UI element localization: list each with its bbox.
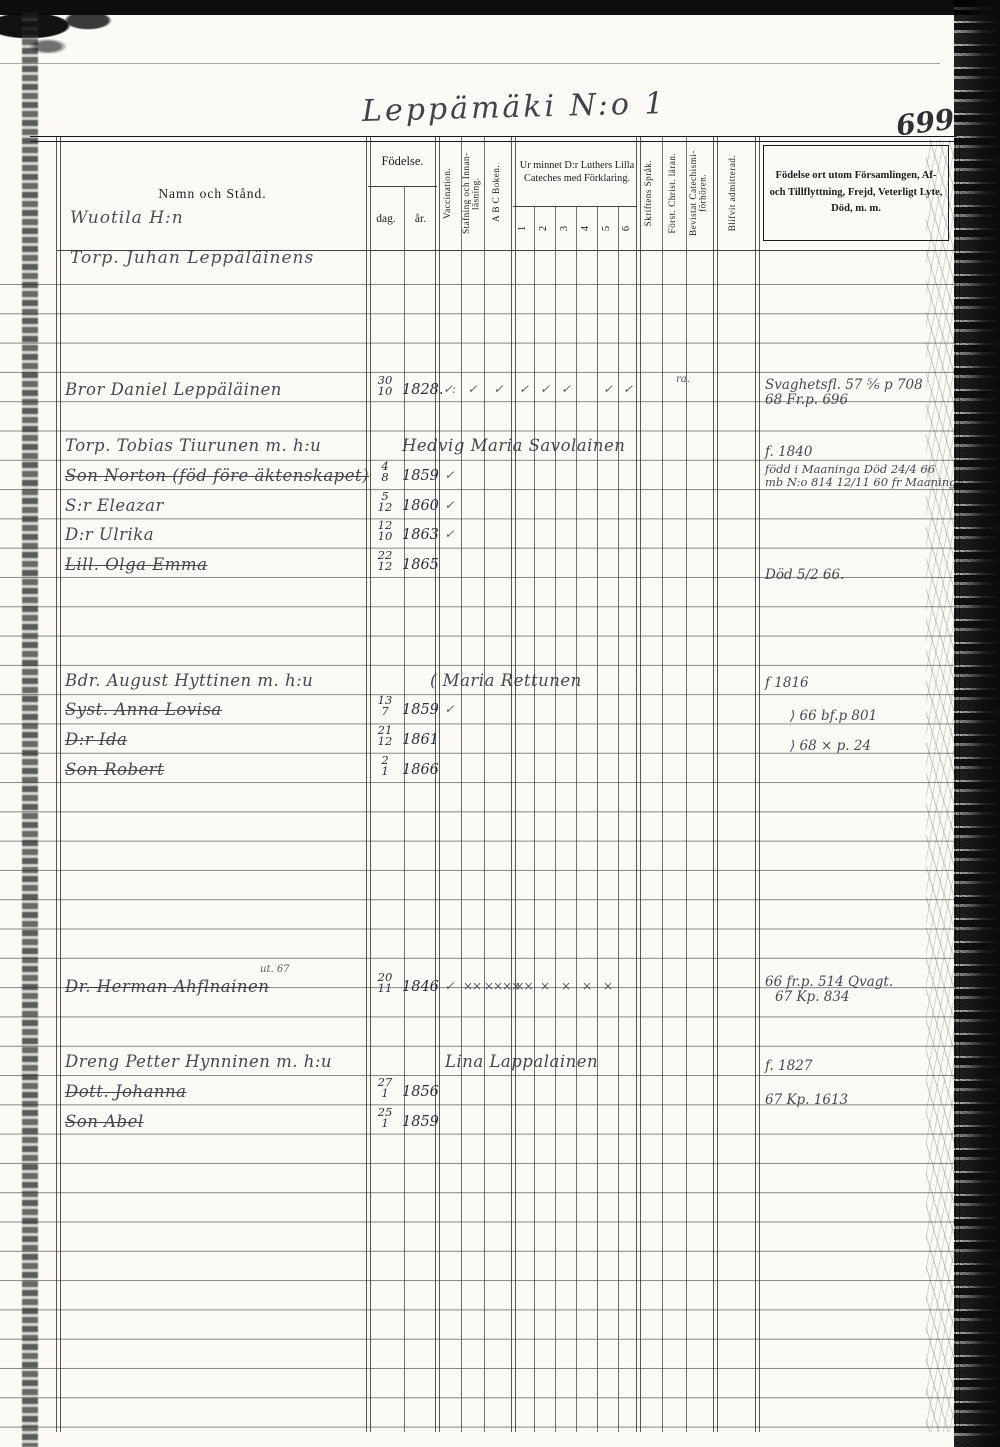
person-name: Syst. Anna Lovisa	[65, 700, 222, 719]
birth-day: 2212	[366, 550, 404, 571]
person-name: Dr. Herman Ahflnainen	[65, 977, 269, 996]
birth-day: 48	[366, 461, 404, 482]
table-row: D:r Ida 2112 1861 ⟩ 68 × p. 24	[0, 730, 1000, 760]
catechism-mark: ✓	[534, 382, 555, 396]
birth-year: 1859	[402, 1114, 442, 1130]
table-row: Son Robert 21 1866	[0, 760, 1000, 790]
table-row: Syst. Anna Lovisa 137 1859 ✓ ⟩ 66 bf.p 8…	[0, 700, 1000, 730]
vaccination-mark: ✓	[438, 702, 460, 716]
catechism-mark: ×	[576, 979, 597, 993]
catechism-col-6: 6	[617, 207, 637, 250]
person-name: Son Norton (föd före äktenskapet)	[65, 466, 369, 485]
table-row: Dreng Petter Hynninen m. h:u Lina Lappal…	[0, 1052, 1000, 1082]
person-name: Dreng Petter Hynninen m. h:u	[65, 1052, 332, 1071]
birth-year: 1866	[402, 762, 442, 778]
column-header-birth: Födelse.	[368, 137, 437, 186]
household-head: Torp. Juhan Leppäläinens	[70, 248, 314, 268]
table-row: Son Abel 251 1859	[0, 1112, 1000, 1142]
person-name: Dott. Johanna	[65, 1082, 187, 1101]
catechism-col-5: 5	[597, 207, 617, 250]
column-header-catechism: Ur minnet D:r Luthers Lilla Cateches med…	[513, 138, 641, 206]
person-name: Son Abel	[65, 1112, 144, 1131]
table-row: Dr. Herman Ahflnainen ut. 67 2011 1846 ✓…	[0, 977, 1000, 1007]
birth-day: 271	[366, 1077, 404, 1098]
table-row: Bdr. August Hyttinen m. h:u ( Maria Rett…	[0, 671, 1000, 701]
page-title: Leppämäki N:o 1	[362, 86, 667, 129]
table-row: Lill. Olga Emma 2212 1865 Död 5/2 66.	[0, 555, 1000, 585]
document-page: Leppämäki N:o 1 699 Namn och Stånd. Föde…	[0, 0, 1000, 1447]
table-row: D:r Ulrika 1210 1863 ✓	[0, 525, 1000, 555]
abc-mark: ××××	[484, 979, 512, 993]
column-header-notes: Födelse ort utom Församlingen, Af- och T…	[763, 145, 949, 241]
birth-day: 2112	[366, 725, 404, 746]
abc-mark: ✓	[484, 382, 512, 396]
person-name: Bdr. August Hyttinen m. h:u	[65, 671, 313, 690]
annotation: ra.	[676, 374, 690, 385]
catechism-col-4: 4	[576, 207, 596, 250]
column-header-scripture: Skriftens Språk.	[637, 139, 662, 248]
birth-year: 1859	[402, 702, 442, 718]
vaccination-mark: ✓:	[438, 382, 460, 396]
birth-day: 2011	[366, 972, 404, 993]
column-header-christianity: Först. Christ. läran.	[662, 139, 686, 248]
column-header-admitted: Blifvit admitterad.	[713, 139, 755, 248]
spouse-name: Hedvig Maria Savolainen	[402, 436, 625, 455]
column-header-abc: A B C Boken.	[484, 139, 512, 248]
person-name: Torp. Tobias Tiurunen m. h:u	[65, 436, 321, 455]
catechism-mark: ×	[534, 979, 555, 993]
column-header-vaccination: Vaccination.	[437, 139, 461, 248]
table-row: Dott. Johanna 271 1856 67 Kp. 1613	[0, 1082, 1000, 1112]
catechism-mark: ✓	[597, 382, 618, 396]
birth-day: 512	[366, 491, 404, 512]
birth-year: 1828.	[402, 382, 442, 398]
annotation: ut. 67	[260, 964, 290, 975]
birth-day: 1210	[366, 520, 404, 541]
column-header-day: dag.	[368, 187, 404, 250]
scan-smudge	[926, 140, 956, 1432]
column-header-spelling: Stafning och Innan-läsning.	[461, 139, 484, 248]
person-name: Lill. Olga Emma	[65, 555, 207, 574]
person-name: Bror Daniel Leppäläinen	[65, 380, 282, 399]
catechism-col-2: 2	[534, 207, 554, 250]
column-header-year: år.	[404, 187, 437, 250]
scan-edge-band	[954, 0, 1000, 1447]
birth-year: 1859	[402, 468, 442, 484]
birth-day: 137	[366, 695, 404, 716]
catechism-mark: ✓	[618, 382, 637, 396]
birth-year: 1846	[402, 979, 442, 995]
table-row: S:r Eleazar 512 1860 ✓	[0, 496, 1000, 526]
birth-year: 1865	[402, 557, 442, 573]
catechism-col-3: 3	[555, 207, 575, 250]
vaccination-mark: ✓	[438, 468, 460, 482]
vaccination-mark: ✓	[438, 979, 460, 993]
catechism-mark: ×	[555, 979, 576, 993]
col-border	[404, 187, 405, 1432]
catechism-mark: ✓	[513, 382, 534, 396]
birth-day: 3010	[366, 375, 404, 396]
catechism-mark: ××	[513, 979, 534, 993]
spouse-name: ( Maria Rettunen	[430, 671, 582, 690]
vaccination-mark: ✓	[438, 527, 460, 541]
column-header-attended: Bevistat Catechismi-förhören.	[686, 139, 713, 248]
spelling-mark: ✓	[461, 382, 483, 396]
birth-day: 251	[366, 1107, 404, 1128]
table-row: Son Norton (föd före äktenskapet) 48 185…	[0, 466, 1000, 496]
spelling-mark: ××	[461, 979, 483, 993]
farm-name: Wuotila H:n	[70, 208, 184, 228]
column-header-name: Namn och Stånd.	[57, 137, 368, 250]
catechism-mark: ×	[597, 979, 618, 993]
spouse-name: Lina Lappalainen	[445, 1052, 598, 1071]
catechism-col-1: 1	[513, 207, 533, 250]
birth-year: 1861	[402, 732, 442, 748]
margin-rule	[0, 63, 940, 64]
catechism-mark: ✓	[555, 382, 576, 396]
person-name: Son Robert	[65, 760, 164, 779]
vaccination-mark: ✓	[438, 498, 460, 512]
person-name: D:r Ida	[65, 730, 127, 749]
birth-year: 1863	[402, 527, 442, 543]
birth-year: 1856	[402, 1084, 442, 1100]
birth-year: 1860	[402, 498, 442, 514]
person-name: S:r Eleazar	[65, 496, 164, 515]
table-row: Bror Daniel Leppäläinen 3010 1828. ✓: ✓ …	[0, 380, 1000, 410]
person-name: D:r Ulrika	[65, 525, 154, 544]
birth-day: 21	[366, 755, 404, 776]
